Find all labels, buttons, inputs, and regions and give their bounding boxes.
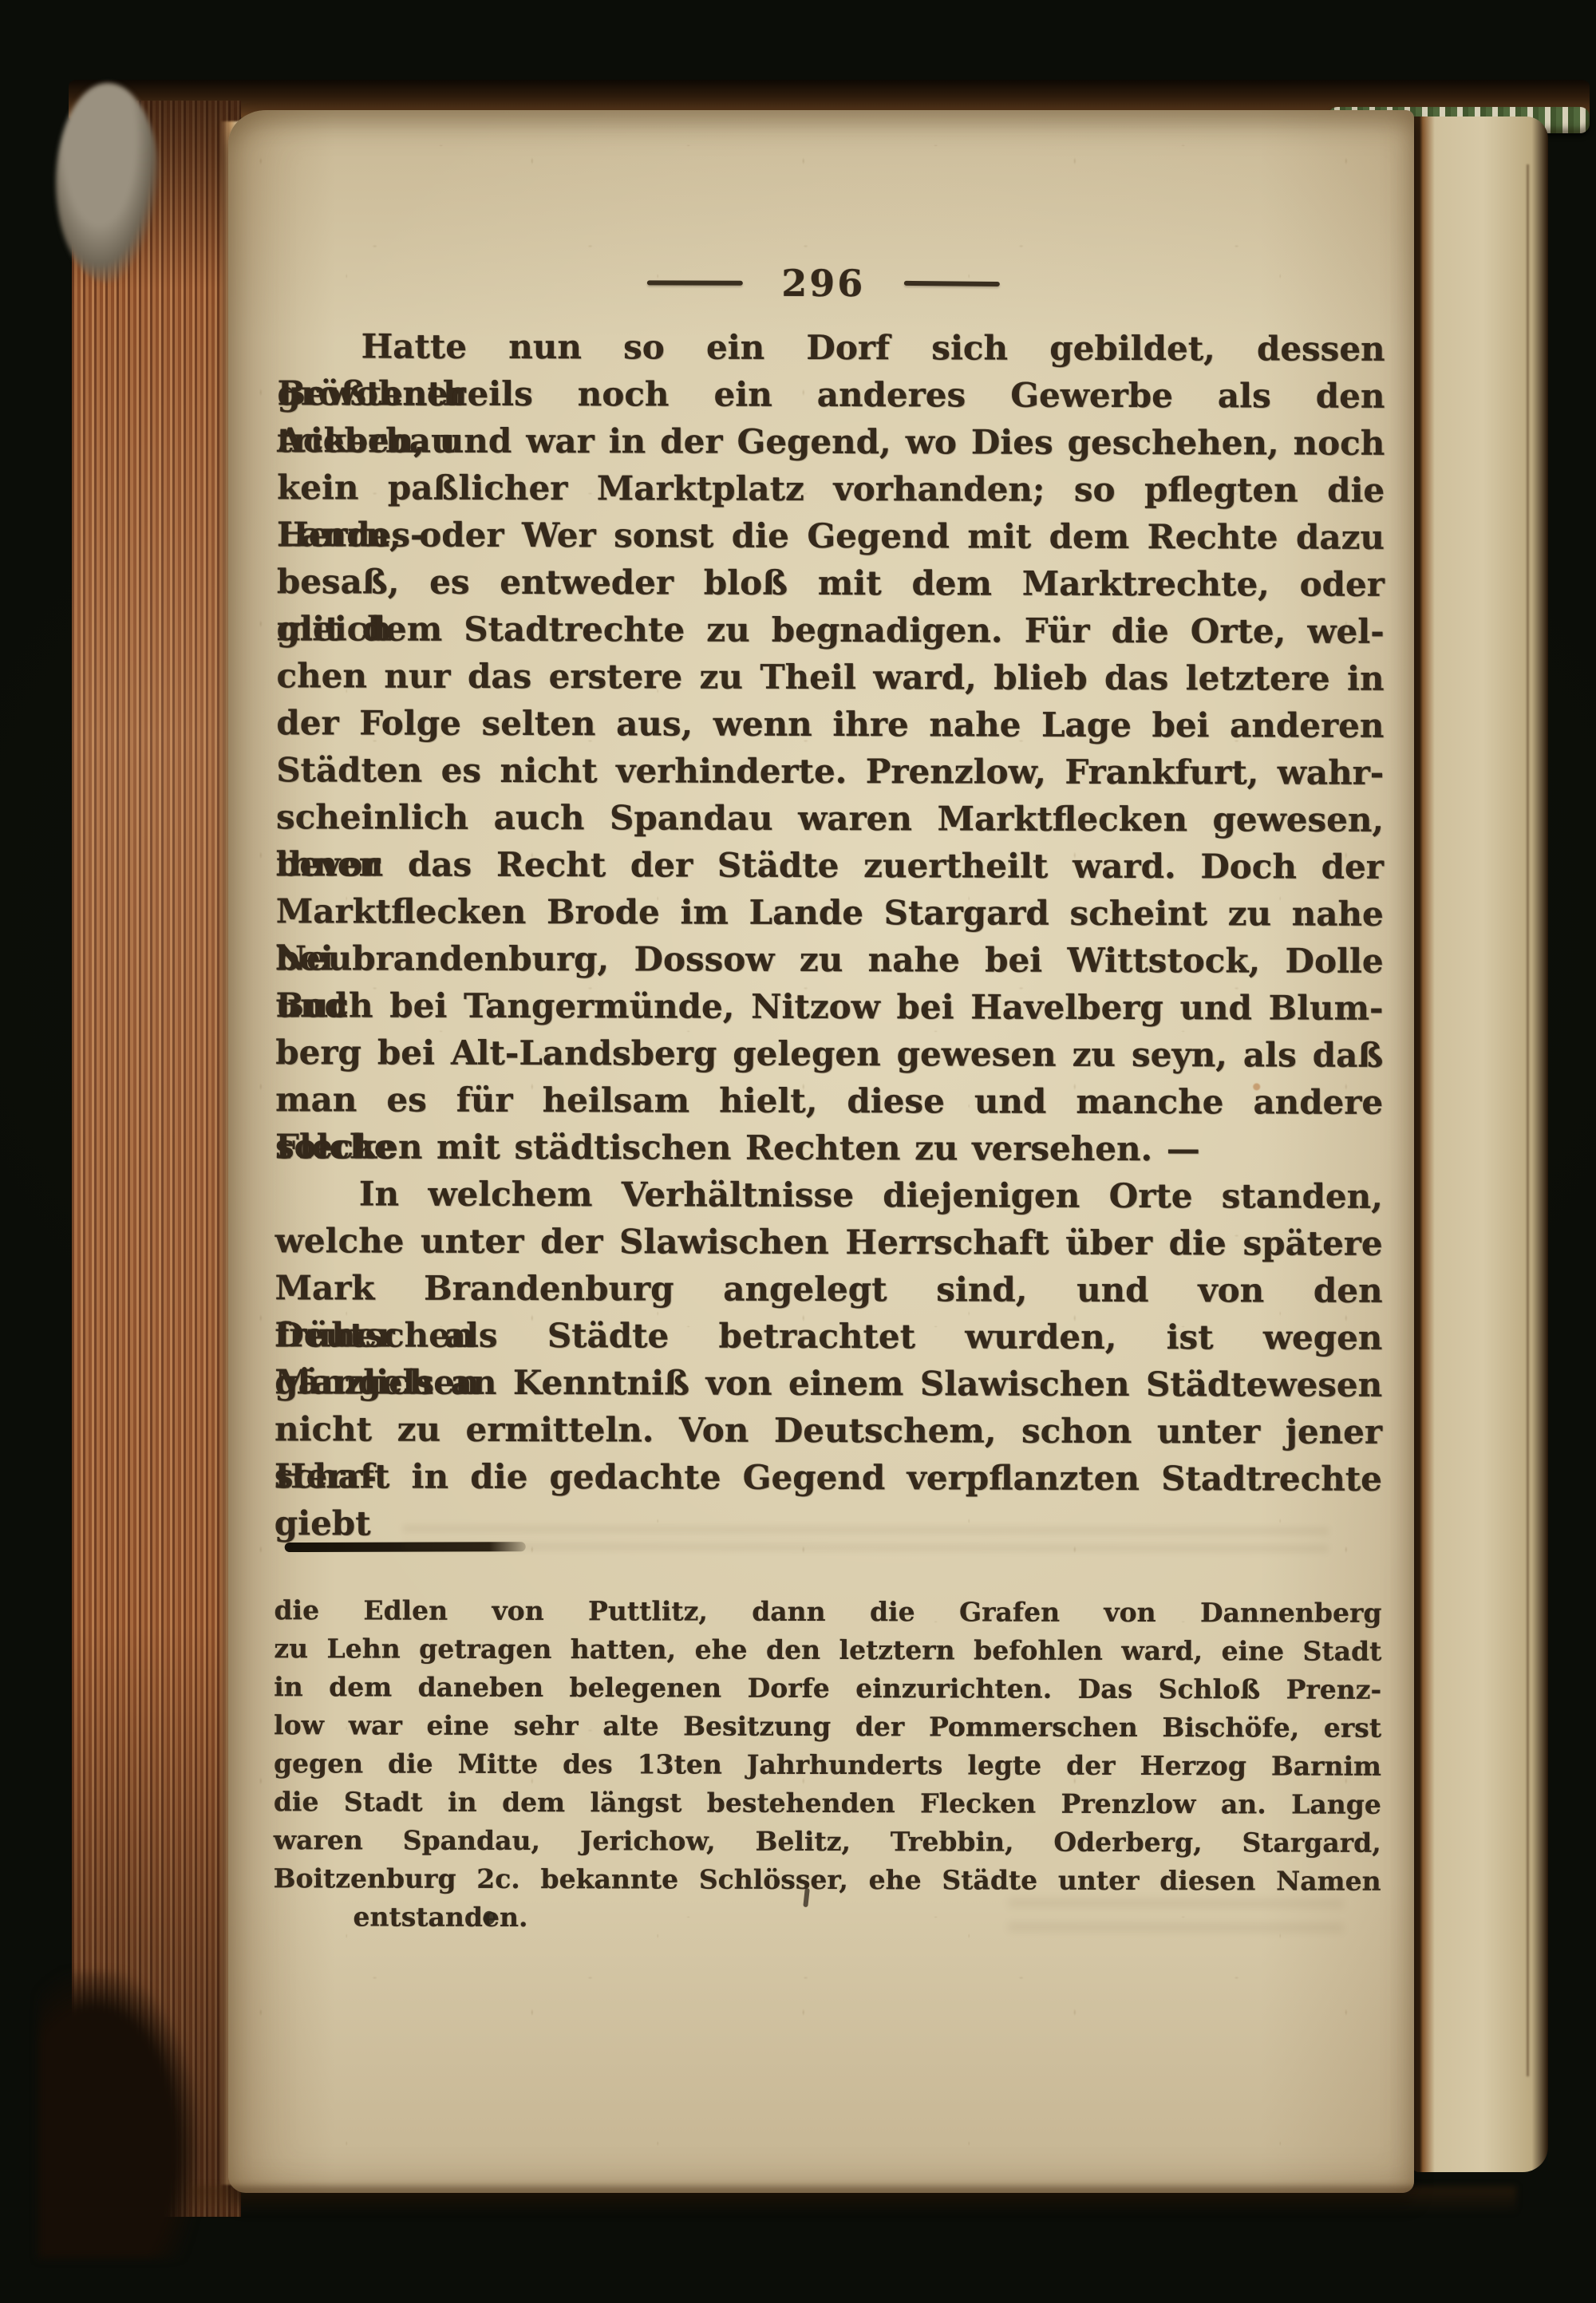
text-line: ihnen das Recht der Städte zuertheilt wa… — [276, 840, 1384, 891]
text-line: Städten es nicht verhinderte. Prenzlow, … — [276, 746, 1384, 796]
page-number: 296 — [781, 262, 865, 305]
foxing-stain — [1253, 1083, 1260, 1090]
footnote-line: in dem daneben belegenen Dorfe einzurich… — [274, 1668, 1381, 1709]
text-line: kein paßlicher Marktplatz vorhanden; so … — [277, 464, 1385, 514]
worn-cover-corner-bottom — [38, 1971, 198, 2258]
photo-background: 296 Hatte nun so ein Dorf sich gebildet,… — [0, 0, 1596, 2303]
text-line: berg bei Alt-Landsberg gelegen gewesen z… — [275, 1029, 1383, 1079]
text-line: Buch bei Tangermünde, Nitzow bei Havelbe… — [275, 982, 1383, 1032]
page-number-rule-right — [903, 281, 999, 286]
footnote-line: gegen die Mitte des 13ten Jahrhunderts l… — [274, 1744, 1381, 1786]
worn-cover-corner-top — [56, 83, 160, 282]
footnote-line: waren Spandau, Jerichow, Belitz, Trebbin… — [274, 1821, 1381, 1863]
footnote-line: low war eine sehr alte Besitzung der Pom… — [274, 1706, 1381, 1748]
text-line: chen nur das erstere zu Theil ward, blie… — [276, 652, 1384, 702]
text-line: nicht zu ermitteln. Von Deutschem, schon… — [275, 1405, 1382, 1456]
footnote-line: die Stadt in dem längst bestehenden Flec… — [274, 1783, 1381, 1824]
text-line: scheinlich auch Spandau waren Marktfleck… — [276, 793, 1384, 843]
text-line: der Folge selten aus, wenn ihre nahe Lag… — [276, 699, 1384, 749]
page-block-fore-edge — [72, 101, 241, 2217]
text-line: Flecken mit städtischen Rechten zu verse… — [275, 1123, 1383, 1173]
text-line: Hatte nun so ein Dorf sich gebildet, des… — [278, 322, 1385, 373]
text-line: trieben, und war in der Gegend, wo Dies … — [277, 417, 1385, 467]
body-text: Hatte nun so ein Dorf sich gebildet, des… — [275, 322, 1385, 1503]
next-page-edge — [1412, 117, 1548, 2172]
text-line: Neubrandenburg, Dossow zu nahe bei Witts… — [276, 934, 1384, 985]
text-line: größtentheils noch ein anderes Gewerbe a… — [277, 369, 1385, 420]
page-header: 296 — [231, 260, 1416, 306]
footnote-line: zu Lehn getragen hatten, ehe den letzter… — [274, 1629, 1381, 1671]
text-line: In welchem Verhältnisse diejenigen Orte … — [275, 1170, 1383, 1220]
footnote-line: die Edlen von Puttlitz, dann die Grafen … — [274, 1591, 1381, 1633]
text-line: Herrn, oder Wer sonst die Gegend mit dem… — [277, 511, 1385, 561]
text-line: mit dem Stadtrechte zu begnadigen. Für d… — [277, 605, 1385, 655]
show-through-smudge — [1008, 1884, 1343, 1933]
text-line: Mark Brandenburg angelegt sind, und von … — [275, 1264, 1382, 1314]
text-line: früher als Städte betrachtet wurden, ist… — [275, 1311, 1382, 1361]
text-line: schaft in die gedachte Gegend verpflanzt… — [275, 1452, 1382, 1503]
text-line: besaß, es entweder bloß mit dem Marktrec… — [277, 558, 1385, 608]
show-through-smudge — [403, 1515, 1329, 1553]
text-line: welche unter der Slawischen Herrschaft ü… — [275, 1217, 1383, 1267]
text-line: Marktflecken Brode im Lande Stargard sch… — [276, 887, 1384, 938]
text-line: Mangels an Kenntniß von einem Slawischen… — [275, 1358, 1382, 1408]
page-number-rule-left — [647, 280, 743, 285]
printed-page-content: 296 Hatte nun so ein Dorf sich gebildet,… — [226, 109, 1417, 2194]
text-line: man es für heilsam hielt, diese und manc… — [275, 1076, 1383, 1126]
